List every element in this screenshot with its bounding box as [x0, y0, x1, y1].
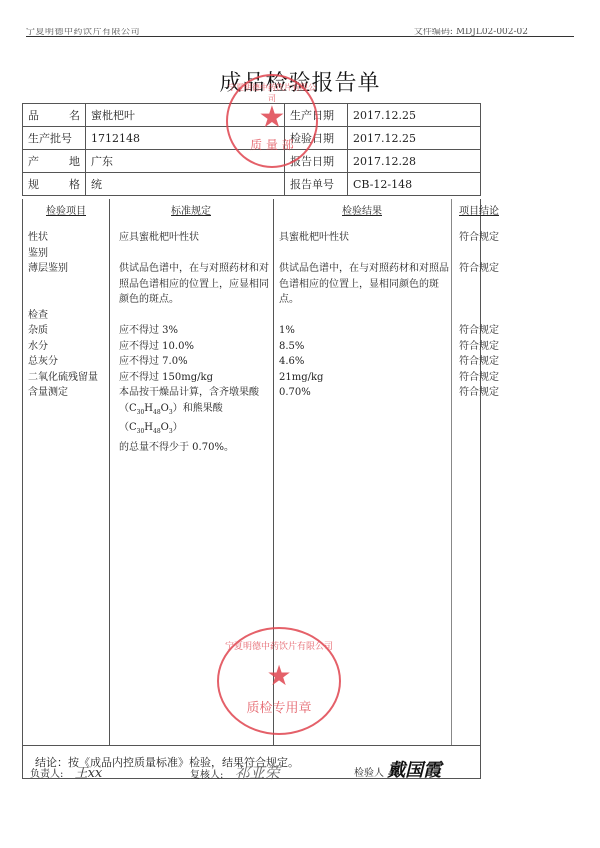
conclusion-appearance: 符合规定: [459, 230, 539, 246]
value-spec: 统: [86, 173, 285, 196]
standard-appearance: 应具蜜枇杷叶性状: [119, 230, 271, 246]
value-batch-no: 1712148: [86, 127, 285, 150]
item-tlc: 薄层鉴别: [28, 261, 110, 277]
conclusion-moisture: 符合规定: [459, 339, 539, 355]
info-row: 生产批号 1712148 检验日期 2017.12.25: [23, 127, 481, 150]
info-table: 品名 蜜枇杷叶 生产日期 2017.12.25 生产批号 1712148 检验日…: [22, 103, 481, 196]
reviewer-signature: 祁亚荣: [235, 764, 280, 782]
signature-inspector: 检验人 戴国霞: [354, 756, 441, 782]
label-production-date: 生产日期: [285, 104, 348, 127]
inspector-signature: 戴国霞: [387, 760, 441, 781]
reviewer-label: 复核人:: [190, 770, 223, 781]
value-report-no: CB-12-148: [348, 173, 481, 196]
result-so2: 21mg/kg: [279, 370, 449, 386]
label-spec: 规格: [28, 176, 80, 192]
label-origin: 产地: [28, 153, 80, 169]
item-so2: 二氧化硫残留量: [28, 370, 110, 386]
column-divider: [109, 199, 110, 746]
conclusion-so2: 符合规定: [459, 370, 539, 386]
item-moisture: 水分: [28, 339, 110, 355]
value-product-name: 蜜枇杷叶: [86, 104, 285, 127]
conclusion-ash: 符合规定: [459, 354, 539, 370]
standard-tlc: 供试品色谱中，在与对照药材和对照品色谱相应的位置上，应显相同颜色的斑点。: [119, 261, 271, 308]
result-impurity: 1%: [279, 323, 449, 339]
header-item: 检验项目: [23, 202, 109, 217]
result-tlc: 供试品色谱中，在与对照药材和对照品色谱相应的位置上，显相同颜色的斑点。: [279, 261, 449, 308]
header-standard: 标准规定: [109, 202, 273, 217]
label-inspection-date: 检验日期: [285, 127, 348, 150]
conclusion-tlc: 符合规定: [459, 261, 539, 277]
item-impurity: 杂质: [28, 323, 110, 339]
results-table: 检验项目 标准规定 检验结果 项目结论 性状 鉴别 薄层鉴别 检查 杂质 水分 …: [22, 199, 481, 779]
standard-so2: 应不得过 150mg/kg: [119, 370, 271, 386]
result-assay: 0.70%: [279, 385, 449, 401]
item-check: 检查: [28, 308, 110, 324]
column-divider: [451, 199, 452, 746]
standard-ash: 应不得过 7.0%: [119, 354, 271, 370]
value-origin: 广东: [86, 150, 285, 173]
standard-impurity: 应不得过 3%: [119, 323, 271, 339]
page-title: 成品检验报告单: [0, 66, 600, 97]
item-ash: 总灰分: [28, 354, 110, 370]
label-product-name: 品名: [28, 107, 80, 123]
conclusion-assay: 符合规定: [459, 385, 539, 401]
signature-reviewer: 复核人: 祁亚荣: [190, 762, 280, 783]
value-production-date: 2017.12.25: [348, 104, 481, 127]
label-report-date: 报告日期: [285, 150, 348, 173]
standard-moisture: 应不得过 10.0%: [119, 339, 271, 355]
responsible-label: 负责人:: [30, 769, 63, 780]
label-report-no: 报告单号: [285, 173, 348, 196]
header-conclusion: 项目结论: [451, 202, 482, 217]
header-result: 检验结果: [273, 202, 451, 217]
conclusion-impurity: 符合规定: [459, 323, 539, 339]
info-row: 品名 蜜枇杷叶 生产日期 2017.12.25: [23, 104, 481, 127]
conclusion-divider: [23, 745, 480, 746]
info-row: 产地 广东 报告日期 2017.12.28: [23, 150, 481, 173]
signature-responsible: 负责人: 王xx: [30, 762, 102, 781]
standard-assay: 本品按干燥品计算，含齐墩果酸 （C30H48O3）和熊果酸（C30H48O3） …: [119, 385, 271, 455]
responsible-signature: 王xx: [75, 766, 103, 781]
result-ash: 4.6%: [279, 354, 449, 370]
item-assay: 含量测定: [28, 385, 110, 401]
label-batch-no: 生产批号: [23, 127, 86, 150]
column-divider: [273, 199, 274, 746]
result-moisture: 8.5%: [279, 339, 449, 355]
result-appearance: 具蜜枇杷叶性状: [279, 230, 449, 246]
value-inspection-date: 2017.12.25: [348, 127, 481, 150]
item-appearance: 性状: [28, 230, 110, 246]
inspector-label: 检验人: [354, 768, 384, 779]
header-divider: [26, 36, 574, 37]
value-report-date: 2017.12.28: [348, 150, 481, 173]
info-row: 规格 统 报告单号 CB-12-148: [23, 173, 481, 196]
item-identification: 鉴别: [28, 246, 110, 262]
